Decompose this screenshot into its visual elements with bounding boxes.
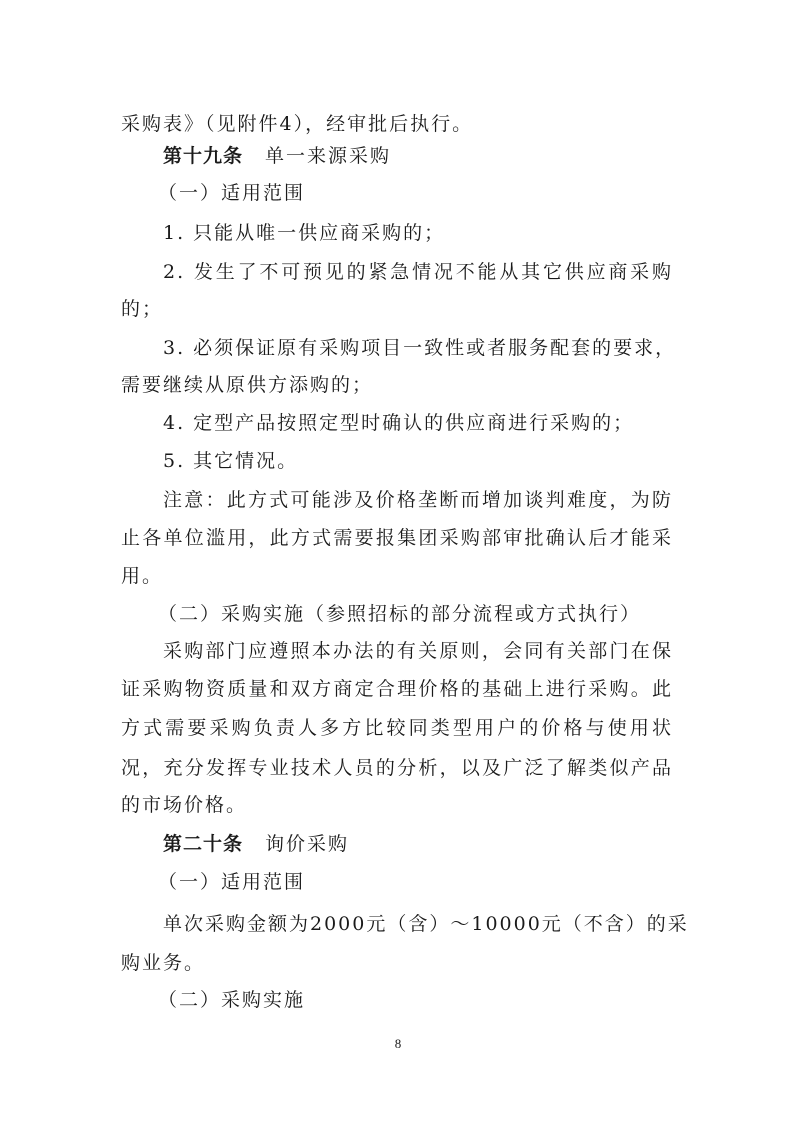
- list-item-3: 3. 必须保证原有采购项目一致性或者服务配套的要求，: [163, 329, 673, 367]
- note-paragraph-line-2: 止各单位滥用，此方式需要报集团采购部审批确认后才能采: [121, 519, 673, 557]
- section-heading-implementation: （二）采购实施（参照招标的部分流程或方式执行）: [158, 595, 710, 633]
- implementation-paragraph-line-3: 方式需要采购负责人多方比较同类型用户的价格与使用状: [121, 709, 673, 747]
- section-heading-implementation: （二）采购实施: [158, 981, 710, 1019]
- list-item-2-continuation: 的；: [121, 290, 673, 328]
- page-number: 8: [388, 1036, 408, 1052]
- implementation-paragraph: 采购部门应遵照本办法的有关原则，会同有关部门在保: [163, 632, 673, 670]
- list-item-3-continuation: 需要继续从原供方添购的；: [121, 366, 673, 404]
- scope-paragraph: 单次采购金额为2000元（含）～10000元（不含）的采: [163, 905, 673, 943]
- document-page: 采购表》（见附件4），经审批后执行。 第十九条单一来源采购 （一）适用范围 1.…: [0, 0, 793, 1122]
- article-title: 询价采购: [265, 833, 349, 855]
- implementation-paragraph-line-5: 的市场价格。: [121, 786, 673, 824]
- note-paragraph-line-3: 用。: [121, 557, 673, 595]
- scope-paragraph-line-2: 购业务。: [121, 944, 673, 982]
- article-number: 第二十条: [163, 833, 243, 855]
- article-title: 单一来源采购: [265, 145, 391, 167]
- note-paragraph: 注意：此方式可能涉及价格垄断而增加谈判难度，为防: [163, 481, 673, 519]
- list-item-2: 2. 发生了不可预见的紧急情况不能从其它供应商采购: [163, 253, 673, 291]
- section-heading-scope: （一）适用范围: [158, 863, 710, 901]
- article-20-heading: 第二十条询价采购: [163, 825, 673, 863]
- article-number: 第十九条: [163, 145, 243, 167]
- list-item-4: 4. 定型产品按照定型时确认的供应商进行采购的；: [163, 404, 673, 442]
- list-item-5: 5. 其它情况。: [163, 442, 673, 480]
- section-heading-scope: （一）适用范围: [158, 174, 710, 212]
- article-19-heading: 第十九条单一来源采购: [163, 137, 673, 175]
- list-item-1: 1. 只能从唯一供应商采购的；: [163, 214, 673, 252]
- implementation-paragraph-line-2: 证采购物资质量和双方商定合理价格的基础上进行采购。此: [121, 670, 673, 708]
- implementation-paragraph-line-4: 况，充分发挥专业技术人员的分析，以及广泛了解类似产品: [121, 749, 673, 787]
